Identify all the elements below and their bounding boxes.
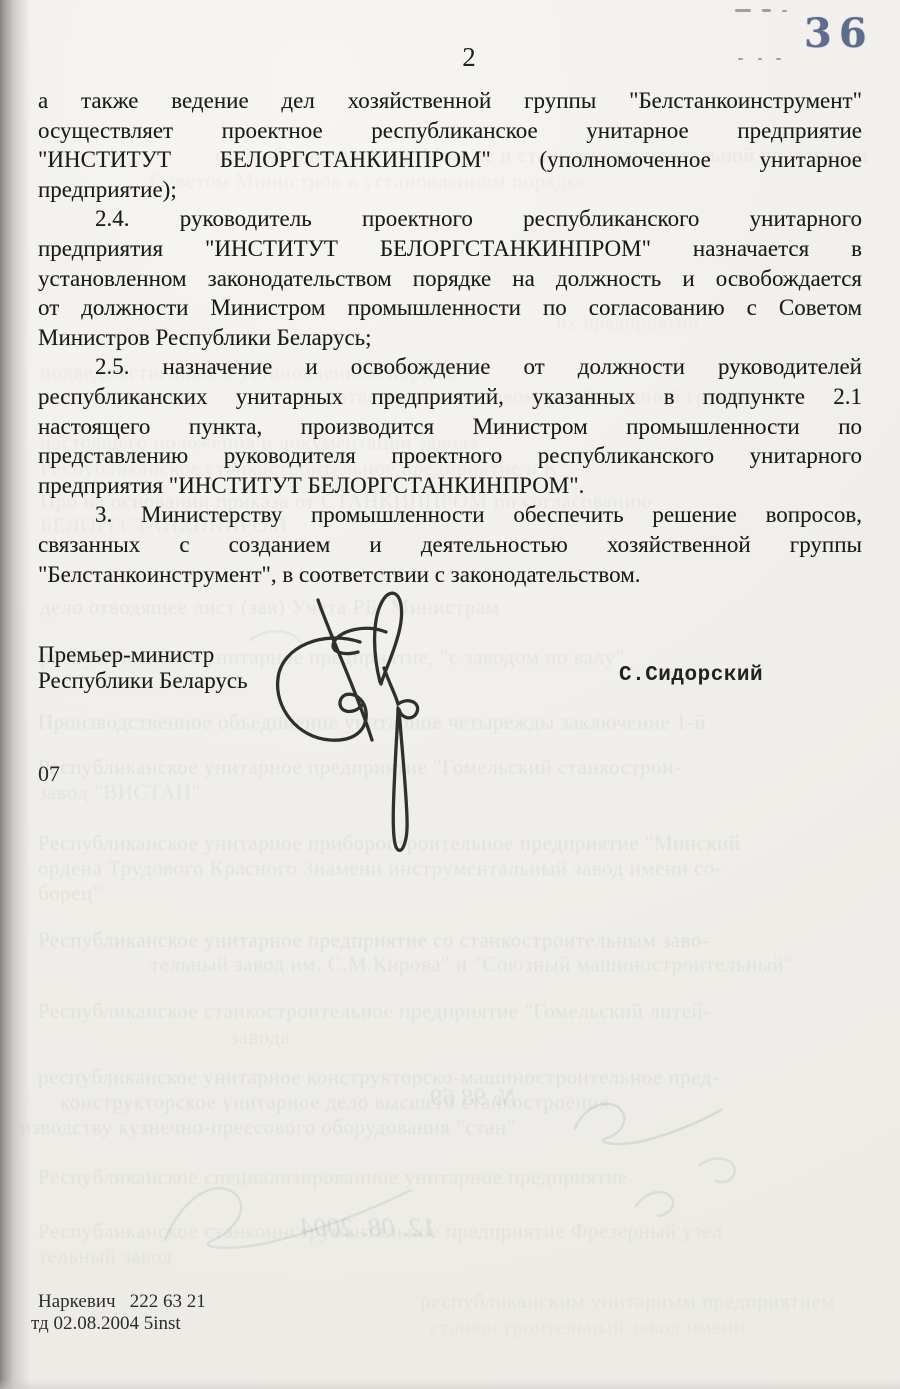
bleedthrough-text: Республиканское специализированное унита…	[38, 1165, 628, 1190]
document-text-line: предприятие);	[38, 175, 862, 205]
bleedthrough-text: Республиканское унитарное приборостроите…	[38, 831, 741, 856]
document-text-line: 3. Министерству промышленности обеспечит…	[38, 500, 862, 530]
bleedthrough-text: Республиканское унитарное предприятие "Г…	[38, 755, 681, 780]
ink-smudge	[776, 58, 781, 60]
document-text-line: осуществляет проектное республиканское у…	[38, 116, 862, 146]
bleedthrough-text: конструкторское унитарное дело высшего с…	[60, 1090, 609, 1115]
ink-smudge	[758, 58, 762, 60]
scan-bottom-shade	[0, 1379, 900, 1389]
department-code: 07	[38, 761, 60, 787]
document-text-line: а также ведение дел хозяйственной группы…	[38, 86, 862, 116]
ink-smudge	[782, 10, 787, 12]
bleedthrough-text: тельный завод	[38, 1244, 173, 1269]
document-text-line: предприятия "ИНСТИТУТ БЕЛОРГСТАНКИНПРОМ"…	[38, 234, 862, 264]
bleedthrough-text: Производственное объединение унитарное ч…	[38, 710, 706, 735]
bleedthrough-text: завода	[230, 1025, 290, 1050]
document-body: а также ведение дел хозяйственной группы…	[38, 86, 862, 589]
footer-reference-line: тд 02.08.2004 5inst	[31, 1313, 181, 1335]
document-text-line: республиканских унитарных предприятий, у…	[38, 382, 862, 412]
document-text-line: настоящего пункта, производится Министро…	[38, 412, 862, 442]
document-text-line: предприятия "ИНСТИТУТ БЕЛОРГСТАНКИНПРОМ"…	[38, 471, 862, 501]
handwritten-signature	[268, 590, 453, 865]
document-text-line: установленном законодательством порядке …	[38, 264, 862, 294]
footer-executor-line: Наркевич 222 63 21	[38, 1291, 206, 1313]
ink-smudge	[762, 9, 771, 12]
document-text-line: связанных с созданием и деятельностью хо…	[38, 530, 862, 560]
bleedthrough-text: борец"	[38, 881, 102, 906]
bleedthrough-text: Республиканское станкоинструментальное п…	[38, 1219, 723, 1244]
scan-edge-shadow	[0, 0, 30, 1389]
signatory-title-line2: Республики Беларусь	[38, 668, 248, 694]
bleedthrough-text: изводству кузнечно-прессового оборудован…	[20, 1115, 516, 1140]
bleedthrough-text: ордена Трудового Красного Знамени инстру…	[38, 856, 722, 881]
page-number: 2	[448, 42, 490, 73]
document-text-line: 2.5. назначение и освобождение от должно…	[38, 352, 862, 382]
bleedthrough-text: станкостроительный завод имени	[430, 1315, 745, 1340]
stamped-folio-number: 36	[804, 10, 874, 57]
bleedthrough-text: тельный завод им. С.М.Кирова" и "Союзный…	[150, 952, 793, 977]
bleedthrough-text: дело отводящее лист (зав) Учета РБ! Мини…	[40, 595, 499, 620]
bleedthrough-text: завод "ВИСТАН"	[38, 780, 201, 805]
document-text-line: Министров Республики Беларусь;	[38, 323, 862, 353]
document-text-line: "Белстанкоинструмент", в соответствии с …	[38, 560, 862, 590]
bleedthrough-text: республиканским унитарным предприятием	[420, 1289, 835, 1314]
bleedthrough-text: № 98 69	[430, 1085, 516, 1112]
document-text-line: 2.4. руководитель проектного республикан…	[38, 204, 862, 234]
signer-name: С.Сидорский	[619, 664, 763, 687]
bleedthrough-text: 12. 08. 2004	[300, 1213, 436, 1243]
document-text-line: представлению руководителя проектного ре…	[38, 441, 862, 471]
scanned-document-page: ское объединение в г. Минске и станкоинс…	[0, 0, 900, 1389]
bleedthrough-text: Республиканское станкостроительное предп…	[38, 999, 711, 1024]
bleedthrough-text: республиканское унитарное конструкторско…	[38, 1065, 719, 1090]
ink-smudge	[738, 58, 743, 60]
signatory-title-line1: Премьер-министр	[38, 642, 248, 668]
ink-smudge	[735, 9, 751, 12]
bleedthrough-text: Республиканское унитарное предприятие со…	[38, 928, 709, 953]
document-text-line: "ИНСТИТУТ БЕЛОРГСТАНКИНПРОМ" (уполномоче…	[38, 145, 862, 175]
signatory-title: Премьер-министр Республики Беларусь	[38, 642, 248, 693]
document-text-line: от должности Министром промышленности по…	[38, 293, 862, 323]
